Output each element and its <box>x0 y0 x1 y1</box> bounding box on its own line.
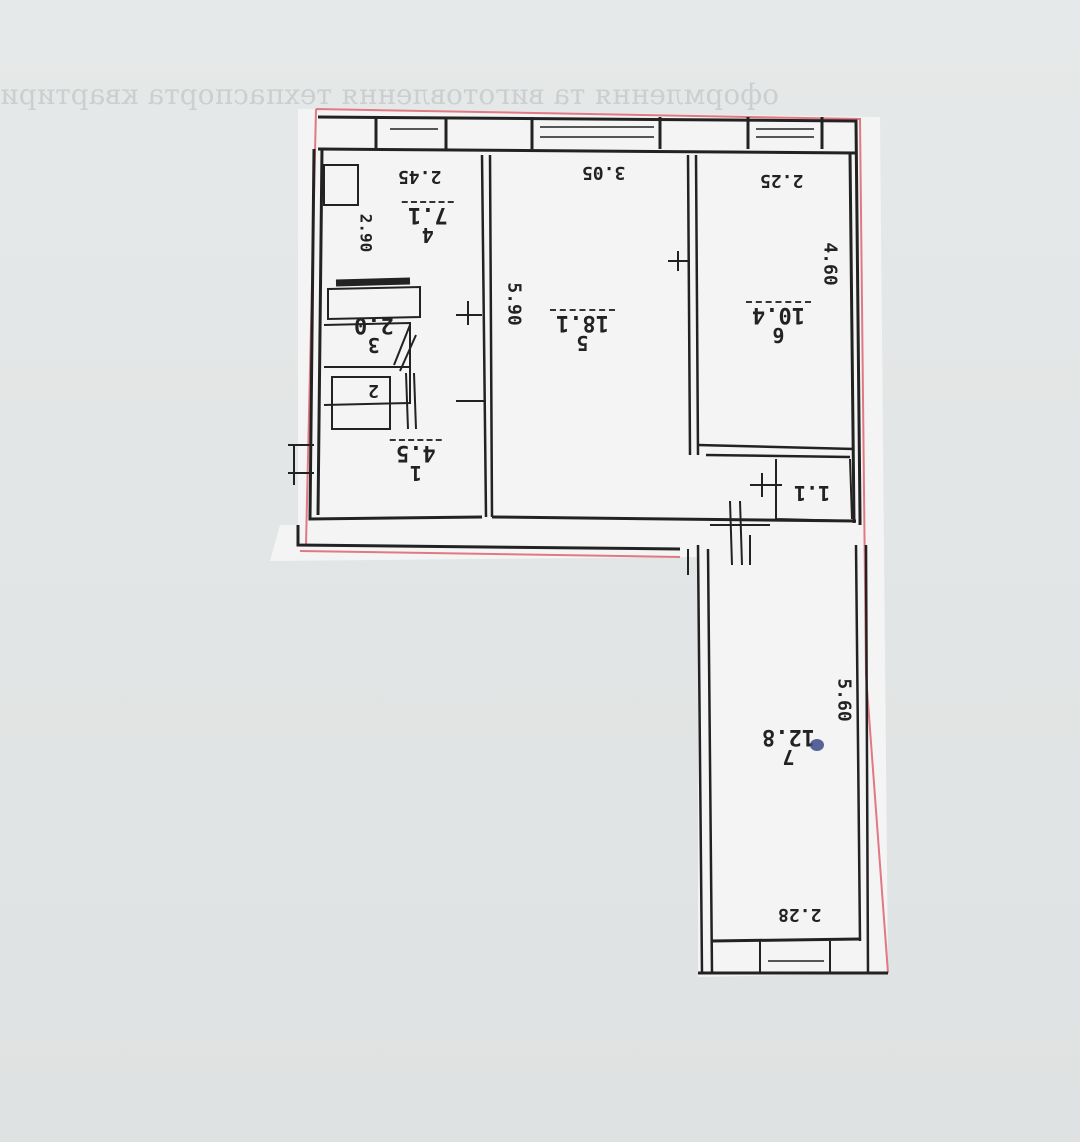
room7-width-dimension: 2.28 <box>778 905 821 923</box>
bedroom-width-dimension: 2.25 <box>760 171 803 189</box>
room-number: 6 <box>772 325 784 345</box>
floor-plan: 4 7.1 2.45 2.90 3 2.0 2 1 4.5 5 18.1 3.0… <box>270 105 890 985</box>
closet-area: 1.1 <box>794 483 830 503</box>
room-area: 18.1 <box>550 309 615 333</box>
living-length-dimension: 5.90 <box>505 282 523 325</box>
room-6-label: 6 10.4 <box>746 301 811 345</box>
kitchen-width-dimension: 2.45 <box>398 167 441 185</box>
bedroom-length-dimension: 4.60 <box>821 242 839 285</box>
room-4-label: 4 7.1 <box>402 201 454 245</box>
room7-length-dimension: 5.60 <box>835 678 853 721</box>
room-area: 2.0 <box>348 313 400 335</box>
room-number: 3 <box>368 335 380 355</box>
living-width-dimension: 3.05 <box>582 163 625 181</box>
ink-stain <box>810 739 824 751</box>
room-3-label: 3 2.0 <box>348 313 400 355</box>
room-2-label: 2 <box>368 381 379 399</box>
room-1-label: 1 4.5 <box>390 439 442 483</box>
room-area: 10.4 <box>746 301 811 325</box>
room-number: 5 <box>576 333 588 353</box>
room-number: 7 <box>782 747 794 767</box>
room-area: 7.1 <box>402 201 454 225</box>
kitchen-length-dimension: 2.90 <box>357 214 373 253</box>
room-number: 1 <box>410 463 422 483</box>
room-area: 4.5 <box>390 439 442 463</box>
room-5-label: 5 18.1 <box>550 309 615 353</box>
room-number: 4 <box>422 225 434 245</box>
